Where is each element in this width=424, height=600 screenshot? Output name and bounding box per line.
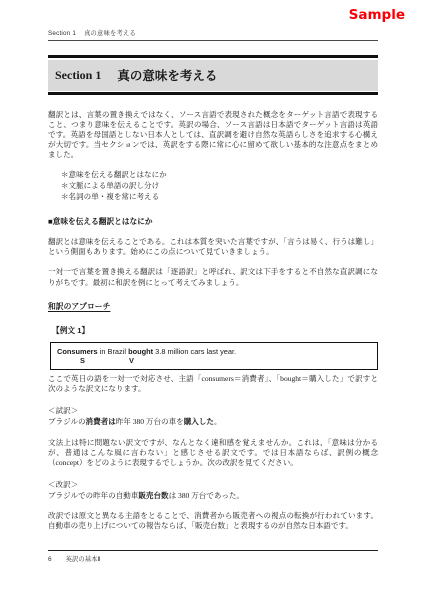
bullet-item: ＊名詞の単・複を常に考える (61, 192, 378, 203)
verb-word: bought (128, 347, 153, 356)
bullet-item: ＊文脈による単語の訳し分け (61, 181, 378, 192)
document-page: Sample Section 1真の意味を考える Section 1 真の意味を… (0, 0, 424, 600)
trial-translation-sentence: ブラジルの消費者は昨年 380 万台の車を購入した。 (48, 417, 378, 427)
example-sentence: Consumers in Brazil bought 3.8 million c… (57, 347, 371, 357)
trial-translation-label: ＜試訳＞ (48, 406, 378, 416)
paragraph: ここで英日の語を一対一で対応させ、主語「consumers＝消費者」、「boug… (48, 374, 378, 394)
running-header-section-title: 真の意味を考える (84, 30, 136, 37)
sv-label-row: S V (57, 356, 371, 366)
paragraph: 文法上は特に問題ない訳文ですが、なんとなく違和感を覚えませんか。これは、「意味は… (48, 438, 378, 468)
revised-translation-label: ＜改訳＞ (48, 480, 378, 490)
page-footer: 6英訳の基本Ⅱ (48, 550, 378, 563)
paragraph: 翻訳とは意味を伝えることである。これは本質を突いた言葉ですが、「言うは易く、行う… (48, 237, 378, 257)
bullet-item: ＊意味を伝える翻訳とはなにか (61, 170, 378, 181)
page-number: 6 (48, 556, 52, 563)
subject-word: Consumers (57, 347, 98, 356)
revised-translation-sentence: ブラジルでの昨年の自動車販売台数は 380 万台であった。 (48, 491, 378, 501)
title-bottom-rule (48, 92, 378, 95)
paragraph: 一対一で言葉を置き換える翻訳は「逐語訳」と呼ばれ、訳文は下手をすると不自然な直訳… (48, 267, 378, 287)
example-sentence-box: Consumers in Brazil bought 3.8 million c… (50, 342, 378, 371)
subsection-heading: 和訳のアプローチ (48, 301, 378, 312)
bullet-list: ＊意味を伝える翻訳とはなにか ＊文脈による単語の訳し分け ＊名詞の単・複を常に考… (61, 170, 378, 202)
running-header: Section 1真の意味を考える (48, 28, 378, 41)
paragraph: 改訳では原文と異なる主語をとることで、消費者から販売者への視点の転換が行われてい… (48, 511, 378, 531)
section-label: Section 1 (55, 68, 101, 83)
book-title: 英訳の基本Ⅱ (66, 556, 101, 563)
title-top-rule (48, 55, 378, 58)
section-title-box: Section 1 真の意味を考える (48, 55, 378, 95)
section-heading: ■意味を伝える翻訳とはなにか (48, 216, 378, 227)
running-header-section-number: Section 1 (48, 30, 76, 37)
subject-marker: S (80, 356, 85, 366)
page-title: 真の意味を考える (117, 66, 217, 84)
intro-paragraph: 翻訳とは、言葉の置き換えではなく、ソース言語で表現された概念をターゲット言語で表… (48, 110, 378, 160)
example-label: 【例文 1】 (52, 325, 378, 336)
title-banner: Section 1 真の意味を考える (48, 60, 378, 91)
verb-marker: V (129, 356, 134, 366)
